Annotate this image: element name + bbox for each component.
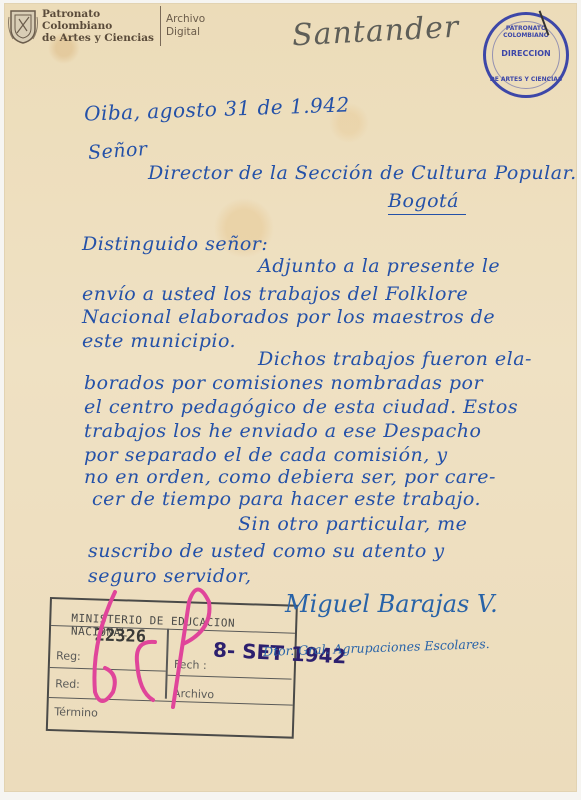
body-line: por separado el de cada comisión, y xyxy=(84,444,448,466)
closing-line: suscribo de usted como su atento y xyxy=(88,540,445,562)
body-line: Adjunto a la presente le xyxy=(258,255,500,277)
seal-top-text: PATRONATO COLOMBIANO xyxy=(486,25,566,39)
recipient-city: Bogotá xyxy=(388,190,466,215)
institution-line-2: Colombiano xyxy=(42,20,154,32)
body-line: cer de tiempo para hacer este trabajo. xyxy=(92,488,481,510)
salutation-to: Señor xyxy=(87,138,148,164)
seal-center-text: DIRECCION xyxy=(486,49,566,58)
archive-line-1: Archivo xyxy=(166,13,205,26)
greeting: Distinguido señor: xyxy=(82,233,268,255)
red-label: Red: xyxy=(55,677,80,691)
institution-line-3: de Artes y Ciencias xyxy=(42,32,154,44)
signature: Miguel Barajas V. xyxy=(285,590,498,618)
recipient: Director de la Sección de Cultura Popula… xyxy=(148,162,577,184)
archive-logo: Patronato Colombiano de Artes y Ciencias… xyxy=(8,6,205,46)
body-line: borados por comisiones nombradas por xyxy=(84,372,483,394)
body-line: trabajos los he enviado a ese Despacho xyxy=(84,420,481,442)
direction-seal: PATRONATO COLOMBIANO DIRECCION DE ARTES … xyxy=(483,12,569,98)
closing-line: Sin otro particular, me xyxy=(238,513,467,535)
body-line: el centro pedagógico de esta ciudad. Est… xyxy=(84,396,518,418)
coat-of-arms-icon xyxy=(8,7,38,45)
body-line: envío a usted los trabajos del Folklore xyxy=(82,283,468,305)
body-line: Nacional elaborados por los maestros de xyxy=(82,306,495,328)
reg-label: Reg: xyxy=(56,649,81,663)
archive-label: Archivo Digital xyxy=(166,13,205,39)
logo-divider xyxy=(160,6,161,46)
body-line: este municipio. xyxy=(82,330,236,352)
body-line: no en orden, como debiera ser, por care- xyxy=(84,466,496,488)
institution-name: Patronato Colombiano de Artes y Ciencias xyxy=(42,8,154,44)
seal-bottom-text: DE ARTES Y CIENCIAS xyxy=(486,76,566,83)
body-line: Dichos trabajos fueron ela- xyxy=(258,348,532,370)
pink-annotation-mark xyxy=(85,582,225,712)
archive-line-2: Digital xyxy=(166,26,205,39)
institution-line-1: Patronato xyxy=(42,8,154,20)
